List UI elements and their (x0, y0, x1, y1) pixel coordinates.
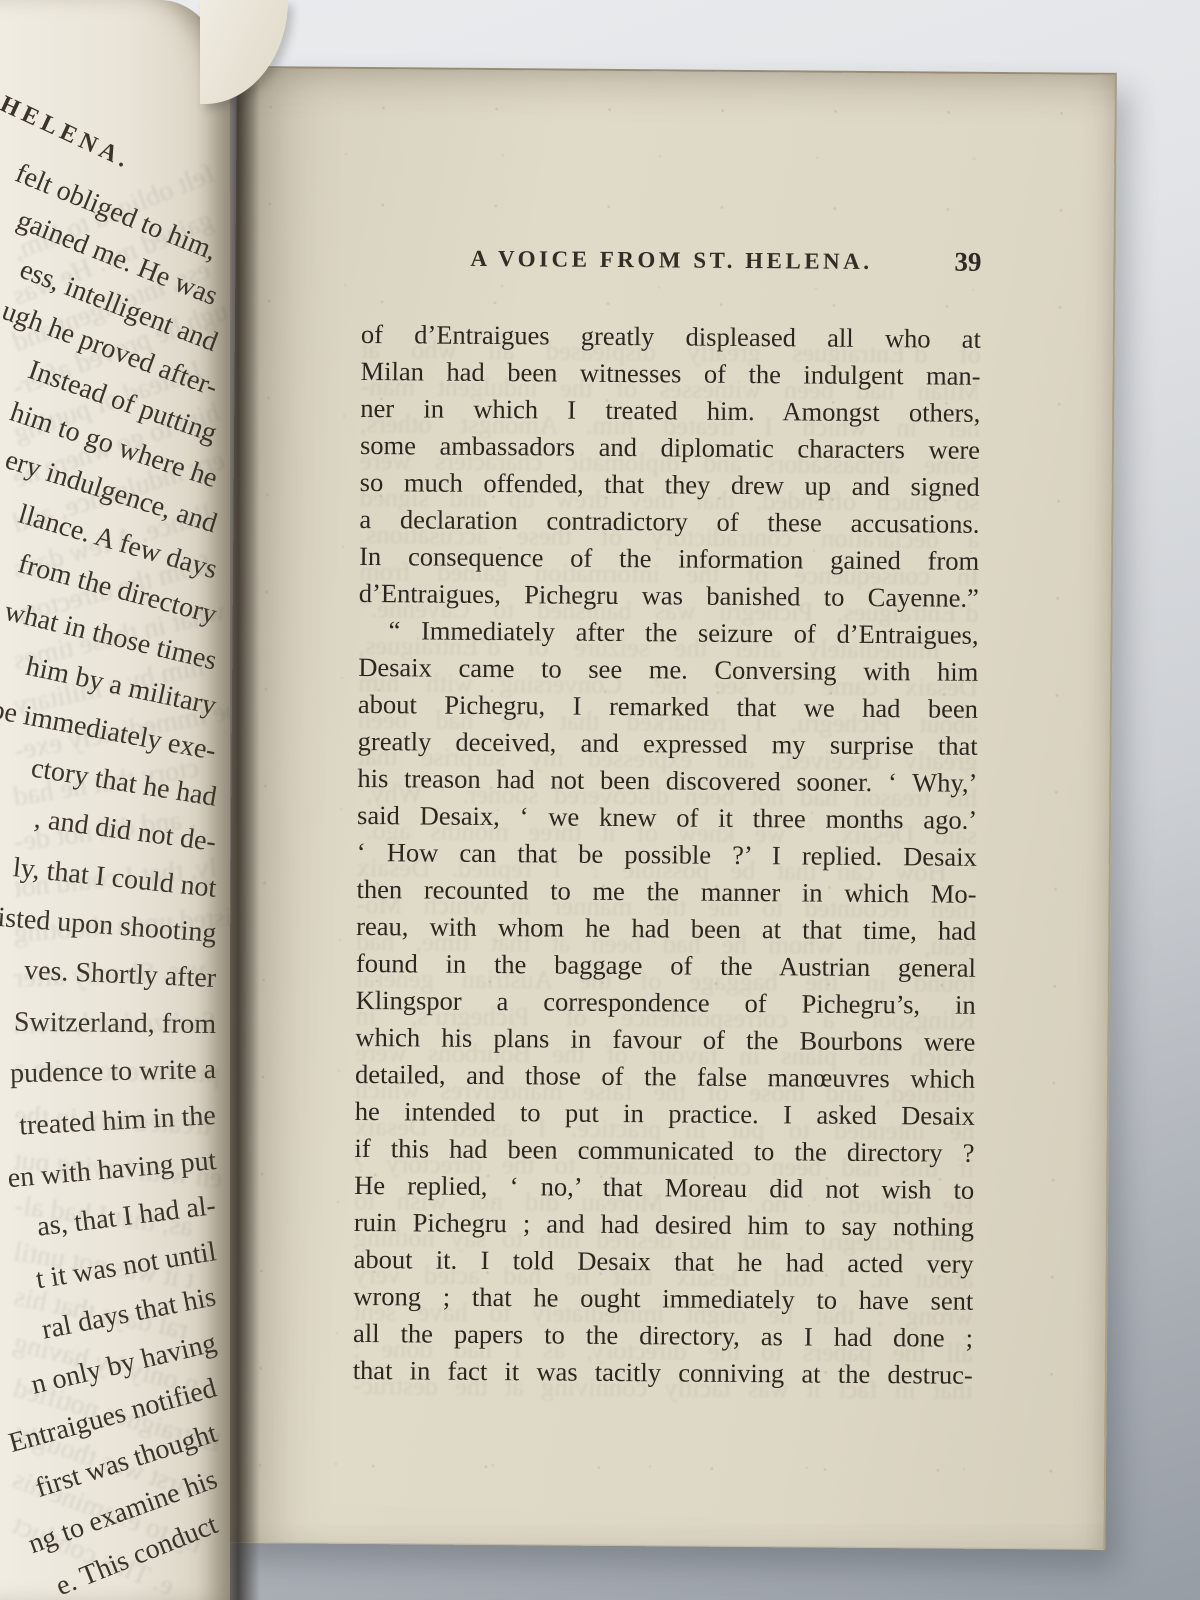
text-line: as, that I had al- (36, 1192, 218, 1244)
text-line: of d’Entraigues greatly displeased all w… (361, 316, 981, 358)
text-line: about it. I told Desaix that he had acte… (353, 1241, 973, 1283)
text-line: ruin Pichegru ; and had desired him to s… (354, 1204, 974, 1246)
left-page: felt obliged to him,gained me. He wasess… (0, 0, 230, 1600)
text-line: wrong ; that he ought immediately to hav… (353, 1278, 973, 1320)
text-line: some ambassadors and diplomatic characte… (360, 427, 980, 469)
text-line: he intended to put in practice. I asked … (355, 1093, 975, 1135)
text-line: ly, that I could not (11, 853, 217, 904)
text-line: detailed, and those of the false manœuvr… (355, 1056, 975, 1098)
text-line: treated him in the (19, 1101, 217, 1142)
text-line: en with having put (6, 1146, 217, 1194)
text-line: ‘ How can that be possible ?’ I replied.… (357, 834, 977, 876)
text-line: Klingspor a correspondence of Pichegru’s… (356, 982, 976, 1024)
text-line: then recounted to me the manner in which… (356, 871, 976, 913)
running-header-title: A VOICE FROM ST. HELENA. (470, 246, 872, 274)
page-number: 39 (954, 247, 981, 278)
text-line: Switzerland, from (14, 1007, 217, 1039)
text-line: pudence to write a (10, 1055, 217, 1089)
text-line: , and did not de- (33, 804, 218, 858)
text-line: “ Immediately after the seizure of d’Ent… (358, 612, 978, 654)
text-line: so much offended, that they drew up and … (360, 464, 980, 506)
text-line: Desaix came to see me. Conversing with h… (358, 649, 978, 691)
text-line: Milan had been witnesses of the indulgen… (360, 353, 980, 395)
text-line: ves. Shortly after (23, 956, 216, 994)
text-line: all the papers to the directory, as I ha… (353, 1315, 973, 1357)
text-line: about Pichegru, I remarked that we had b… (358, 686, 978, 728)
right-page: of d’Entraigues greatly displeased all w… (225, 66, 1117, 1550)
text-line: isted upon shooting (0, 903, 217, 949)
text-line: ner in which I treated him. Amongst othe… (360, 390, 980, 432)
text-line: found in the baggage of the Austrian gen… (356, 945, 976, 987)
text-line: his treason had not been discovered soon… (357, 760, 977, 802)
text-line: He replied, ‘ no,’ that Moreau did not w… (354, 1167, 974, 1209)
running-header: A VOICE FROM ST. HELENA. 39 (361, 245, 981, 276)
text-line: said Desaix, ‘ we knew of it three month… (357, 797, 977, 839)
text-line: In consequence of the information gained… (359, 538, 979, 580)
text-line: d’Entraigues, Pichegru was banished to C… (359, 575, 979, 617)
book-photograph: { "colors":{ "background_top":"#ebecee",… (0, 0, 1200, 1600)
body-text: of d’Entraigues greatly displeased all w… (353, 316, 981, 1394)
text-line: a declaration contradictory of these acc… (359, 501, 979, 543)
text-line: if this had been communicated to the dir… (354, 1130, 974, 1172)
text-line: greatly deceived, and expressed my surpr… (358, 723, 978, 765)
text-line: which his plans in favour of the Bourbon… (355, 1019, 975, 1061)
text-line: that in fact it was tacitly conniving at… (353, 1352, 973, 1394)
text-line: reau, with whom he had been at that time… (356, 908, 976, 950)
